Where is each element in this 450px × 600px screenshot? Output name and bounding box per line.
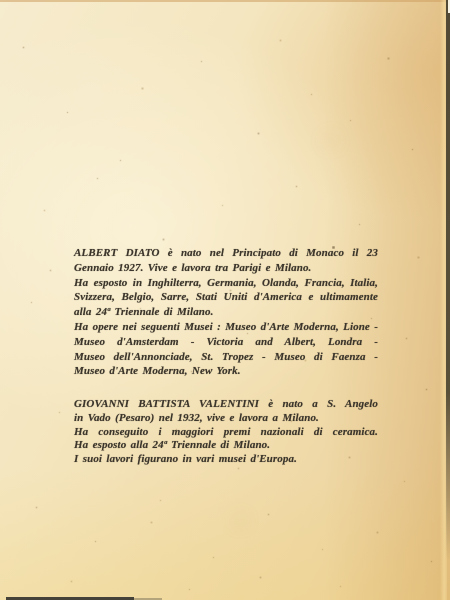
- page-top-edge: [0, 0, 450, 2]
- text-line: Museo d'Amsterdam - Victoria and Albert,…: [74, 335, 378, 350]
- text-line: GIOVANNI BATTISTA VALENTINI è nato a S. …: [74, 398, 378, 412]
- book-page: ALBERT DIATO è nato nel Principato di Mo…: [0, 0, 450, 600]
- text-line: Ha conseguito i maggiori premi nazionali…: [74, 426, 378, 440]
- text-line: Ha esposto in Inghilterra, Germania, Ola…: [74, 276, 378, 291]
- text-line: Museo dell'Annonciade, St. Tropez - Muse…: [74, 350, 378, 365]
- artist-bio-valentini: GIOVANNI BATTISTA VALENTINI è nato a S. …: [74, 398, 378, 467]
- text-line: Ha esposto alla 24ª Triennale di Milano.: [74, 439, 378, 453]
- text-line: Museo d'Arte Moderna, New York.: [74, 364, 378, 379]
- text-line: Gennaio 1927. Vive e lavora tra Parigi e…: [74, 261, 378, 276]
- text-line: in Vado (Pesaro) nel 1932, vive e lavora…: [74, 412, 378, 426]
- text-line: I suoi lavori figurano in vari musei d'E…: [74, 453, 378, 467]
- artist-bio-diato: ALBERT DIATO è nato nel Principato di Mo…: [74, 246, 378, 379]
- text-line: ALBERT DIATO è nato nel Principato di Mo…: [74, 246, 378, 261]
- text-line: alla 24ª Triennale di Milano.: [74, 305, 378, 320]
- text-line: Svizzera, Belgio, Sarre, Stati Uniti d'A…: [74, 290, 378, 305]
- text-line: Ha opere nei seguenti Musei : Museo d'Ar…: [74, 320, 378, 335]
- page-right-edge-line: [446, 0, 450, 560]
